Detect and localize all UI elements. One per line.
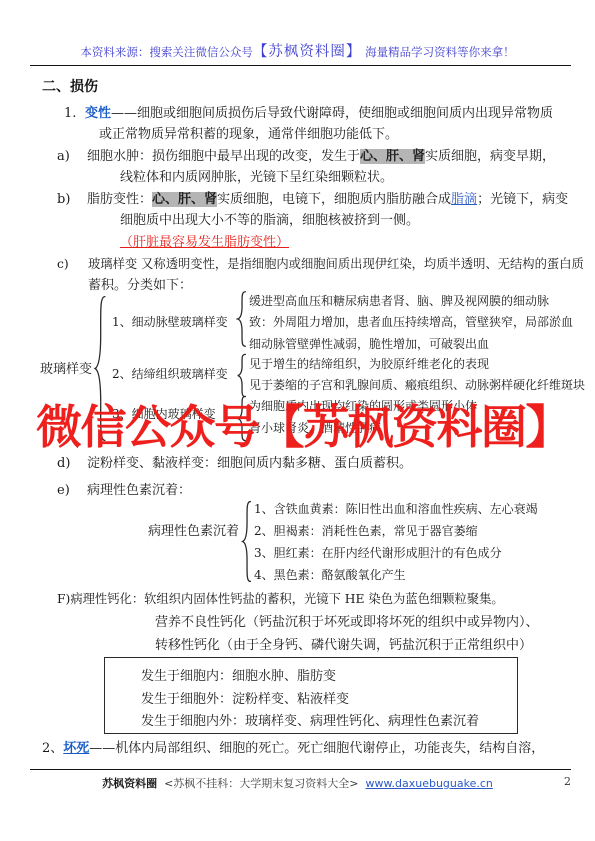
cell-edema-post: 实质细胞，病变早期， [425,149,555,164]
amyloid-line: d)淀粉样变、黏液样变：细胞间质内黏多糖、蛋白质蓄积。 [57,456,412,472]
degeneration-term: 变性 [85,106,111,121]
necrosis-term: 坏死 [63,741,89,756]
hyaline-branch1-line3: 细动脉管壁弹性减弱，脆性增加，可破裂出血 [249,337,489,352]
cell-edema-pre: 损伤细胞中最早出现的改变，发生于 [152,149,360,164]
hyaline-branch1-line1: 缓进型高血压和糖尿病患者肾、脑、脾及视网膜的细动脉 [249,294,549,309]
header-brand: 【苏枫资料圈】 [253,44,362,60]
hyaline-marker: c) [57,257,88,272]
summary-box-line1: 发生于细胞内：细胞水肿、脂肪变 [141,666,517,689]
pigment-line3: 3、胆红素：在肝内经代谢形成胆汁的有色成分 [254,546,502,561]
fatty-change-line2: 细胞质中出现大小不等的脂滴，细胞核被挤到一侧。 [120,213,419,229]
fatty-change-mid: 实质细胞，电镜下，细胞质内脂肪融合成 [217,192,451,207]
degeneration-text1: 细胞或细胞间质损伤后导致代谢障碍，使细胞或细胞间质内出现异常物质 [137,106,553,121]
fatty-change-marker: b) [57,192,87,208]
header-suffix: 海量精品学习资料等你来拿！ [365,45,515,59]
calcification-line1: F)病理性钙化：软组织内固体性钙盐的蓄积，光镜下 HE 染色为蓝色细颗粒聚集。 [57,592,504,607]
fatty-change-line1: b)脂肪变性：心、肝、肾实质细胞，电镜下，细胞质内脂肪融合成脂滴；光镜下，病变 [57,192,568,208]
degeneration-number: 1. [64,106,85,122]
necrosis-line: 2、坏死——机体内局部组织、细胞的死亡。死亡细胞代谢停止，功能丧失，结构自溶， [42,741,544,757]
header-source-line: 本资料来源：搜索关注微信公众号【苏枫资料圈】 海量精品学习资料等你来拿！ [0,40,595,61]
necrosis-dash: —— [89,741,115,756]
brace-decoration [236,290,247,348]
amyloid-marker: d) [57,456,87,472]
summary-box-line2: 发生于细胞外：淀粉样变、粘液样变 [141,689,517,712]
amyloid-text: 淀粉样变、黏液样变：细胞间质内黏多糖、蛋白质蓄积。 [87,456,412,471]
pigmentation-text: 病理性色素沉着： [87,483,191,498]
pigmentation-marker: e) [57,483,87,499]
cell-edema-organs-highlight: 心、肝、肾 [360,149,425,164]
footer-page-number: 2 [564,775,571,788]
calcification-line2: 营养不良性钙化（钙盐沉积于坏死或即将坏死的组织中或异物内）、 [155,615,539,631]
cell-edema-line2: 线粒体和内质网肿胀，光镜下呈红染细颗粒状。 [120,170,393,186]
summary-box: 发生于细胞内：细胞水肿、脂肪变 发生于细胞外：淀粉样变、粘液样变 发生于细胞内外… [104,657,518,734]
fatty-change-post: ；光镜下，病变 [477,192,568,207]
hyaline-branch1-label: 1、细动脉壁玻璃样变 [112,315,228,330]
necrosis-number: 2、 [42,741,63,756]
degeneration-def-line2: 或正常物质异常积蓄的现象，通常伴细胞功能低下。 [99,127,398,143]
header-prefix: 本资料来源：搜索关注微信公众号 [80,45,253,59]
pigment-line1: 1、含铁血黄素：陈旧性出血和溶血性疾病、左心衰竭 [254,502,538,517]
document-page: 本资料来源：搜索关注微信公众号【苏枫资料圈】 海量精品学习资料等你来拿！ 二、损… [0,0,595,841]
header-rule [30,65,571,66]
footer-rule [30,769,571,770]
wechat-watermark: 微信公众号【苏枫资料圈】 [36,391,570,457]
degeneration-dash: —— [111,106,137,121]
calcification-text1: 软组织内固体性钙盐的蓄积，光镜下 HE 染色为蓝色细颗粒聚集。 [144,592,504,606]
brace-decoration [241,499,252,584]
pigment-line2: 2、胆褐素：消耗性色素，常见于器官萎缩 [254,524,478,539]
necrosis-text: 机体内局部组织、细胞的死亡。死亡细胞代谢停止，功能丧失，结构自溶， [115,741,544,756]
fatty-change-term: 脂肪变性： [87,192,152,207]
hyaline-branch1-line2: 致：外周阻力增加，患者血压持续增高，管壁狭窄，局部淤血 [249,315,573,330]
cell-edema-term: 细胞水肿： [87,149,152,164]
hyaline-branch2-label: 2、结缔组织玻璃样变 [112,367,228,382]
fatty-change-red-note: （肝脏最容易发生脂肪变性） [120,235,289,251]
hyaline-branch2-line1: 见于增生的结缔组织，为胶原纤维老化的表现 [249,357,489,372]
lipid-droplet-link[interactable]: 脂滴 [451,192,477,207]
cell-edema-line1: a)细胞水肿：损伤细胞中最早出现的改变，发生于心、肝、肾实质细胞，病变早期， [57,149,555,165]
pigmentation-line: e)病理性色素沉着： [57,483,191,499]
hyaline-line1: c)玻璃样变 又称透明变性，是指细胞内或细胞间质出现伊红染，均质半透明、无结构的… [57,257,584,272]
pigment-diagram-root: 病理性色素沉着 [148,524,239,540]
summary-box-line3: 发生于细胞内外：玻璃样变、病理性钙化、病理性色素沉着 [141,711,517,734]
calcification-label: F)病理性钙化： [57,592,144,606]
hyaline-diagram-root: 玻璃样变 [40,362,92,378]
pigment-line4: 4、黑色素：酪氨酸氧化产生 [254,568,406,583]
footer-brand: 苏枫资料圈 [102,777,157,790]
cell-edema-marker: a) [57,149,87,165]
hyaline-text1: 玻璃样变 又称透明变性，是指细胞内或细胞间质出现伊红染，均质半透明、无结构的蛋白… [88,257,584,271]
footer-tagline: <苏枫不挂科：大学期末复习资料大全> [164,777,358,790]
footer-url-link[interactable]: www.daxuebuguake.cn [366,777,493,790]
calcification-line3: 转移性钙化（由于全身钙、磷代谢失调，钙盐沉积于正常组织中） [155,638,532,654]
footer: 苏枫资料圈 <苏枫不挂科：大学期末复习资料大全> www.daxuebuguak… [0,775,595,791]
degeneration-def-line1: 1.变性——细胞或细胞间质损伤后导致代谢障碍，使细胞或细胞间质内出现异常物质 [64,106,553,122]
fatty-change-organs-highlight: 心、肝、肾 [152,192,217,207]
page-title: 二、损伤 [42,76,98,96]
